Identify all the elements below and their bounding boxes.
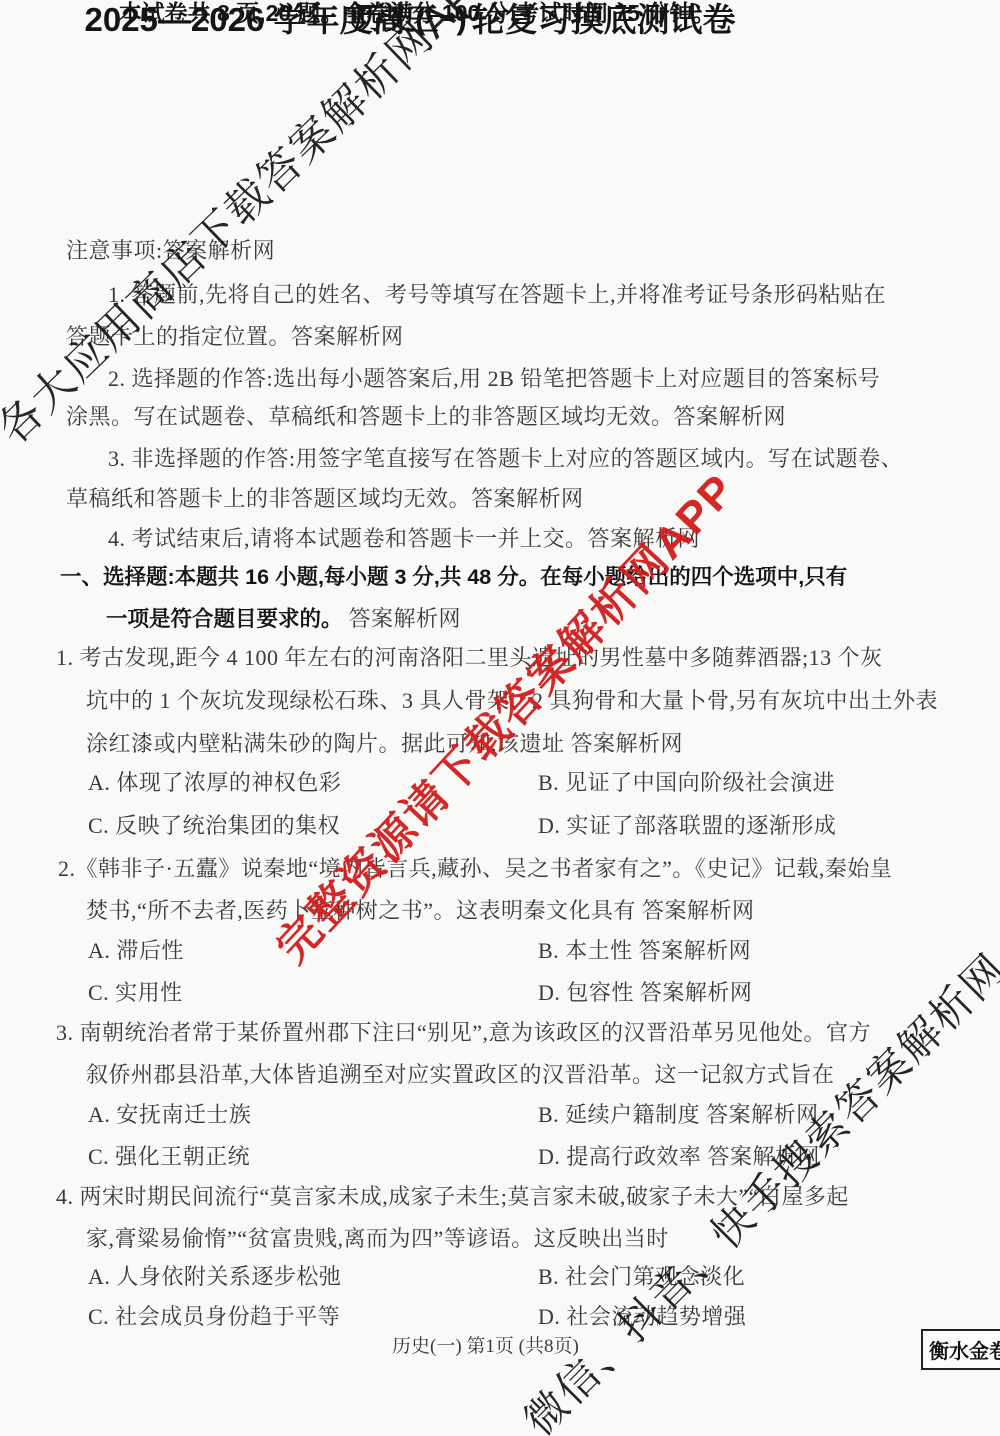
- section-1-heading-bold: 一项是符合题目要求的。: [106, 607, 343, 631]
- question-4-option-a: A. 人身依附关系逐步松弛: [88, 1264, 341, 1290]
- footer-brand-stamp: 衡水金卷: [921, 1329, 1000, 1370]
- question-4-option-d: D. 社会流动趋势增强: [538, 1304, 746, 1330]
- question-4-option-b: B. 社会门第观念淡化: [538, 1264, 745, 1290]
- exam-paper-page: 2025—2026 学年度高三一轮复习摸底测试卷 历史(一) 本试卷共 8 页,…: [0, 0, 1000, 1436]
- question-1-option-c: C. 反映了统治集团的集权: [88, 813, 340, 839]
- question-2-line-1: 2.《韩非子·五蠹》说秦地“境内皆言兵,藏孙、吴之书者家有之”。《史记》记载,秦…: [58, 856, 892, 882]
- question-3-line-2: 叙侨州郡县沿革,大体皆追溯至对应实置政区的汉晋沿革。这一记叙方式旨在: [86, 1062, 835, 1088]
- question-1-option-b: B. 见证了中国向阶级社会演进: [538, 770, 835, 796]
- question-1-line-2: 坑中的 1 个灰坑发现绿松石珠、3 具人骨架、2 具狗骨和大量卜骨,另有灰坑中出…: [86, 688, 938, 714]
- question-2-option-d: D. 包容性 答案解析网: [538, 980, 752, 1006]
- question-4-line-2: 家,膏粱易偷惰”“贫富贵贱,离而为四”等谚语。这反映出当时: [86, 1226, 669, 1252]
- question-4-option-c: C. 社会成员身份趋于平等: [88, 1304, 340, 1330]
- notice-item-1-line-2: 答题卡上的指定位置。答案解析网: [66, 324, 404, 350]
- section-1-heading-line-2: 一项是符合题目要求的。 答案解析网: [106, 606, 461, 633]
- question-3-option-d: D. 提高行政效率 答案解析网: [538, 1144, 820, 1170]
- question-2-option-c: C. 实用性: [88, 980, 183, 1006]
- question-1-option-a: A. 体现了浓厚的神权色彩: [88, 770, 341, 796]
- notice-item-3-line-1: 3. 非选择题的作答:用签字笔直接写在答题卡上对应的答题区域内。写在试题卷、: [108, 446, 903, 472]
- question-2-option-a: A. 滞后性: [88, 938, 184, 964]
- notice-item-3-line-2: 草稿纸和答题卡上的非答题区域均无效。答案解析网: [66, 486, 584, 512]
- exam-info-line: 本试卷共 8 页,20 题。全卷满分 100 分,考试时间 75 分钟。: [0, 0, 834, 28]
- notice-item-2-line-1: 2. 选择题的作答:选出每小题答案后,用 2B 铅笔把答题卡上对应题目的答案标号: [108, 366, 880, 392]
- question-1-option-d: D. 实证了部落联盟的逐渐形成: [538, 813, 836, 839]
- notice-item-2-line-2: 涂黑。写在试题卷、草稿纸和答题卡上的非答题区域均无效。答案解析网: [66, 404, 786, 430]
- section-1-heading-tail: 答案解析网: [349, 606, 462, 631]
- question-2-line-2: 焚书,“所不去者,医药卜筮种树之书”。这表明秦文化具有 答案解析网: [86, 898, 755, 924]
- question-1-line-3: 涂红漆或内壁粘满朱砂的陶片。据此可知,该遗址 答案解析网: [86, 731, 683, 757]
- notice-item-1-line-1: 1. 答题前,先将自己的姓名、考号等填写在答题卡上,并将准考证号条形码粘贴在: [108, 282, 886, 308]
- question-4-line-1: 4. 两宋时期民间流行“莫言家未成,成家子未生;莫言家未破,破家子未大”“白屋多…: [56, 1184, 849, 1210]
- footer-page-number: 历史(一) 第1页 (共8页): [392, 1336, 579, 1359]
- question-3-option-a: A. 安抚南迁士族: [88, 1102, 251, 1128]
- question-3-option-c: C. 强化王朝正统: [88, 1144, 250, 1170]
- question-1-line-1: 1. 考古发现,距今 4 100 年左右的河南洛阳二里头遗址的男性墓中多随葬酒器…: [56, 645, 883, 671]
- section-1-heading-line-1: 一、选择题:本题共 16 小题,每小题 3 分,共 48 分。在每小题给出的四个…: [60, 565, 847, 591]
- notice-heading: 注意事项:答案解析网: [66, 238, 275, 264]
- notice-item-4: 4. 考试结束后,请将本试题卷和答题卡一并上交。答案解析网: [108, 526, 700, 552]
- question-3-line-1: 3. 南朝统治者常于某侨置州郡下注曰“别见”,意为该政区的汉晋沿革另见他处。官方: [56, 1020, 871, 1046]
- question-2-option-b: B. 本土性 答案解析网: [538, 938, 751, 964]
- question-3-option-b: B. 延续户籍制度 答案解析网: [538, 1102, 819, 1128]
